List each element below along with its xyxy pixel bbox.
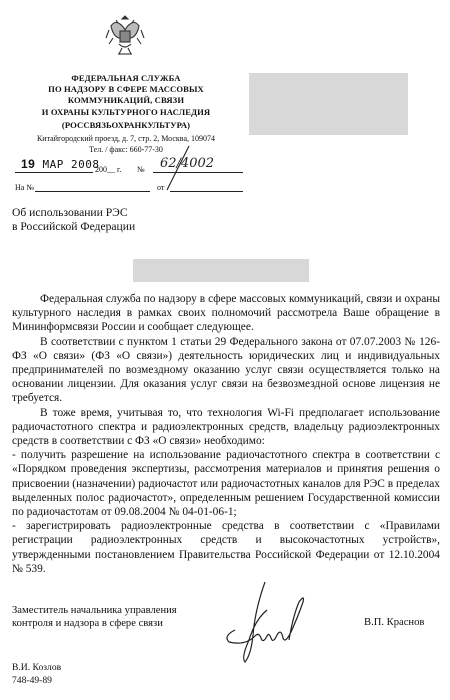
org-address: Китайгородский проезд, д. 7, стр. 2, Мос… xyxy=(10,133,242,144)
signatory-name: В.П. Краснов xyxy=(364,617,424,628)
handwritten-signature-icon xyxy=(215,580,310,665)
paragraph-1: Федеральная служба по надзору в сфере ма… xyxy=(12,292,440,335)
letter-body: Федеральная служба по надзору в сфере ма… xyxy=(12,292,440,576)
reply-to-line: На № от xyxy=(15,183,235,197)
redacted-addressee-block xyxy=(249,73,408,135)
letter-subject: Об использовании РЭС в Российской Федера… xyxy=(12,206,135,235)
date-stamp: 19 МАР 2008 xyxy=(21,157,99,171)
registration-line: 19 МАР 2008 200__ г. № 62/4002 xyxy=(15,160,235,176)
paragraph-2: В соответствии с пунктом 1 статьи 29 Фед… xyxy=(12,335,440,406)
signatory-title: Заместитель начальника управления контро… xyxy=(12,604,177,631)
executor-phone: 748-49-89 xyxy=(12,675,61,688)
executor-name: В.И. Козлов xyxy=(12,662,61,675)
org-name-line-2: ПО НАДЗОРУ В СФЕРЕ МАССОВЫХ xyxy=(10,84,242,95)
org-name-line-3: КОММУНИКАЦИЙ, СВЯЗИ xyxy=(10,95,242,106)
paragraph-3: В тоже время, учитывая то, что технологи… xyxy=(12,406,440,449)
redacted-salutation xyxy=(133,259,309,282)
number-label: № xyxy=(137,165,145,174)
org-abbreviation: (РОССВЯЗЬОХРАНКУЛЬТУРА) xyxy=(10,120,242,131)
requirement-2: - зарегистрировать радиоэлектронные сред… xyxy=(12,519,440,576)
year-template: 200__ г. xyxy=(95,165,121,174)
reply-to-label: На № xyxy=(15,183,34,192)
org-name-line-1: ФЕДЕРАЛЬНАЯ СЛУЖБА xyxy=(10,73,242,84)
coat-of-arms-icon xyxy=(103,12,147,58)
org-phone: Тел. / факс: 660-77-30 xyxy=(10,144,242,155)
executor-info: В.И. Козлов 748-49-89 xyxy=(12,662,61,687)
from-label: от xyxy=(157,183,164,192)
requirement-1: - получить разрешение на использование р… xyxy=(12,448,440,519)
org-name-line-4: И ОХРАНЫ КУЛЬТУРНОГО НАСЛЕДИЯ xyxy=(10,107,242,118)
